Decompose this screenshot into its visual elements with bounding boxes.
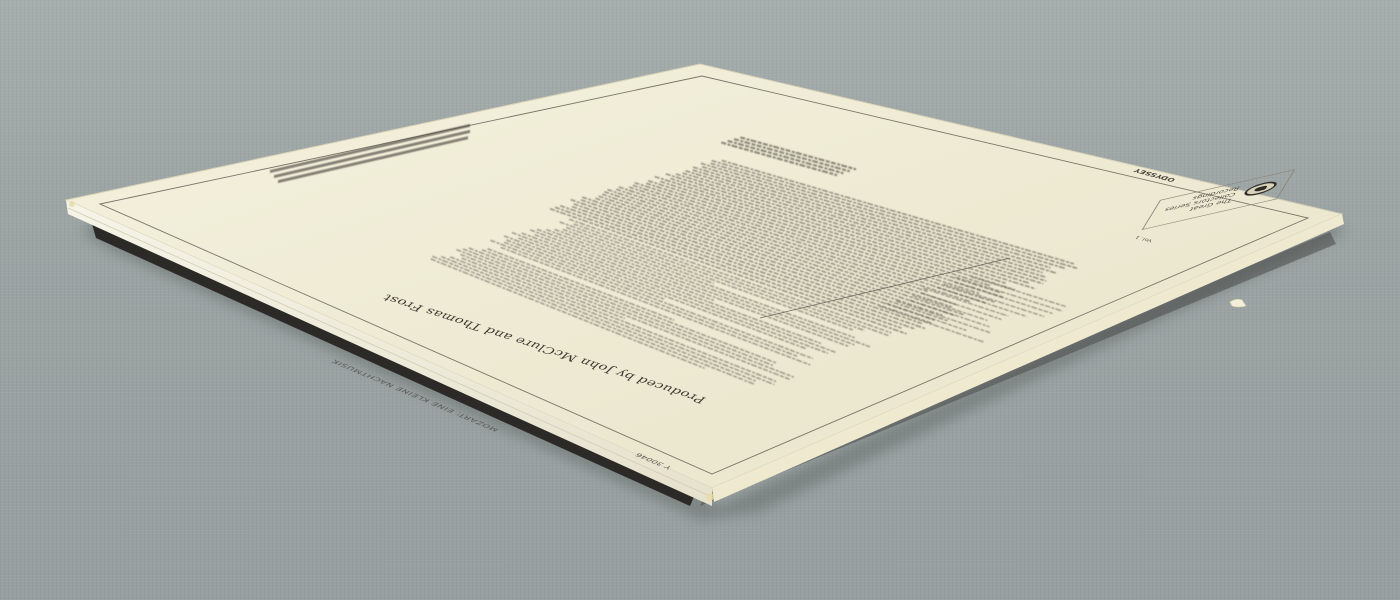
record-jacket-scene: [0, 0, 1400, 600]
